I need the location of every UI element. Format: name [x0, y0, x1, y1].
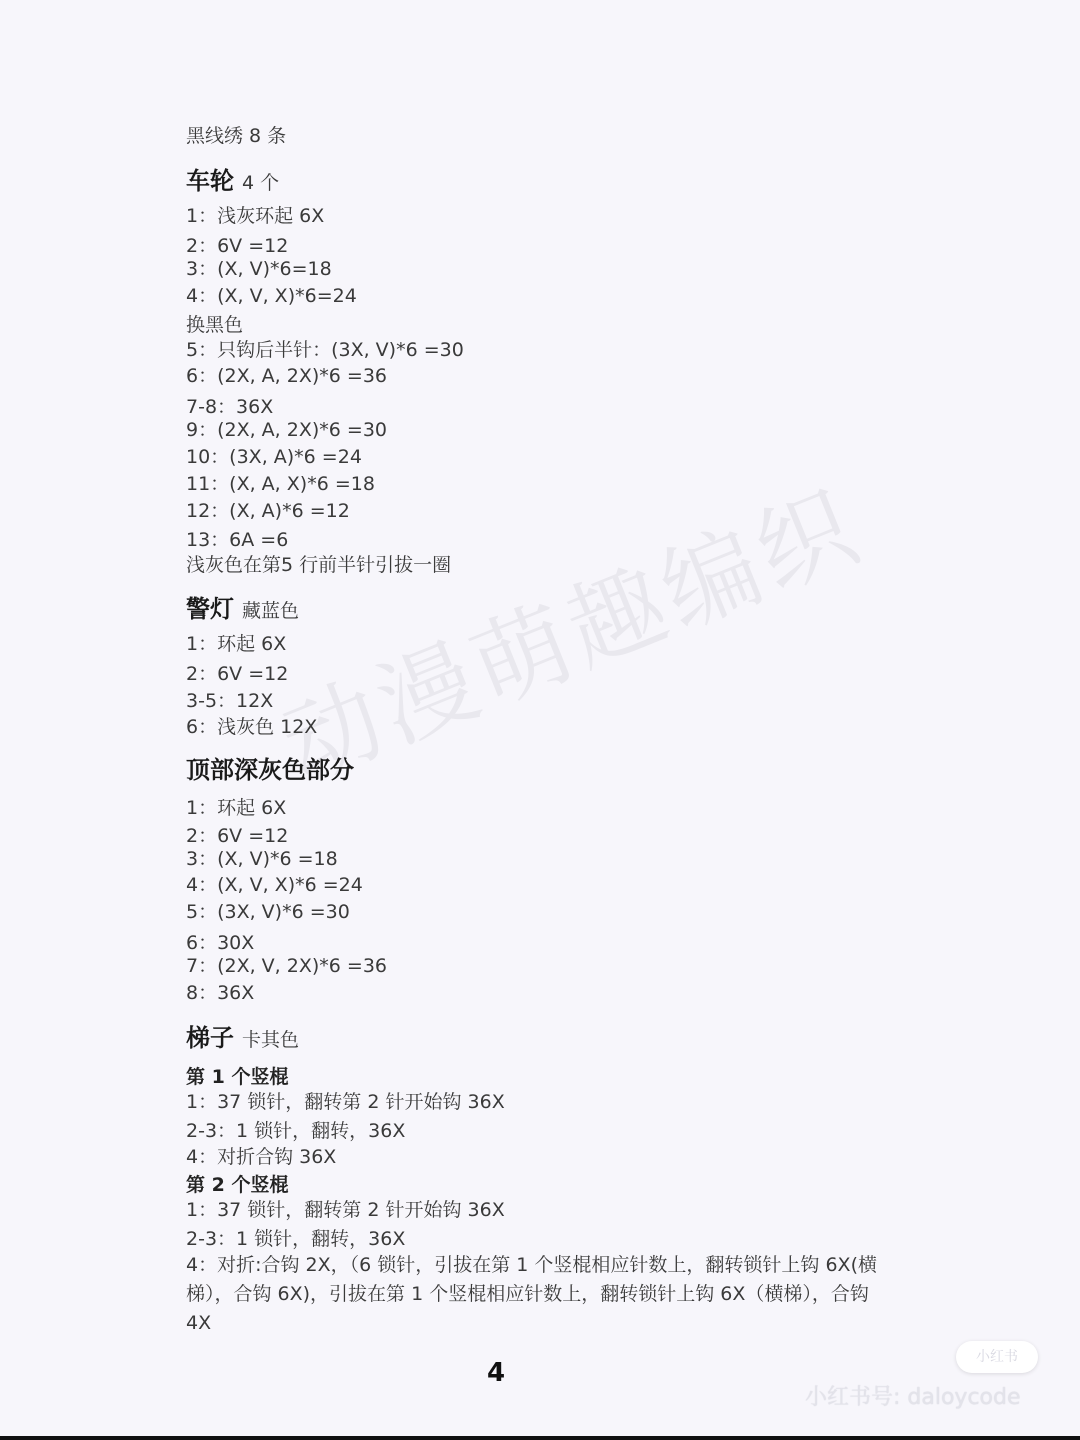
pattern-row: 4：(X, V, X)*6=24: [186, 284, 357, 308]
pattern-note: 浅灰色在第5 行前半针引拔一圈: [186, 553, 451, 577]
pattern-row: 7：(2X, V, 2X)*6 =36: [186, 954, 387, 978]
pattern-row: 12：(X, A)*6 =12: [186, 499, 350, 523]
section-title: 车轮: [186, 167, 234, 195]
section-heading-wheel: 车轮4 个: [186, 166, 279, 199]
pattern-row: 3：(X, V)*6 =18: [186, 847, 338, 871]
section-heading-warning-light: 警灯藏蓝色: [186, 594, 299, 627]
section-heading-top-dark-gray: 顶部深灰色部分: [186, 755, 354, 788]
pattern-row: 13：6A =6: [186, 528, 288, 552]
bottom-edge: [0, 1436, 1080, 1440]
pattern-row: 5：(3X, V)*6 =30: [186, 900, 350, 924]
pattern-row: 2：6V =12: [186, 824, 288, 848]
source-watermark: 小红书号: daloycode: [805, 1380, 1021, 1411]
pattern-row: 1：37 锁针，翻转第 2 针开始钩 36X: [186, 1198, 505, 1222]
pattern-row: 6：浅灰色 12X: [186, 715, 317, 739]
pattern-row: 8：36X: [186, 981, 254, 1005]
pattern-row: 11：(X, A, X)*6 =18: [186, 472, 375, 496]
page-number: 4: [487, 1358, 505, 1388]
platform-badge: 小红书: [956, 1341, 1038, 1373]
watermark-text: 动漫萌趣编织: [260, 451, 879, 807]
pattern-row: 4：对折合钩 36X: [186, 1145, 336, 1169]
pattern-row: 6：30X: [186, 931, 254, 955]
pattern-row: 2-3：1 锁针，翻转，36X: [186, 1119, 405, 1143]
pattern-row: 4：(X, V, X)*6 =24: [186, 873, 363, 897]
pattern-row: 7-8：36X: [186, 395, 273, 419]
pattern-row: 2-3：1 锁针，翻转，36X: [186, 1227, 405, 1251]
pattern-row: 1：37 锁针，翻转第 2 针开始钩 36X: [186, 1090, 505, 1114]
pattern-row: 6：(2X, A, 2X)*6 =36: [186, 364, 387, 388]
pattern-row: 5：只钩后半针：(3X, V)*6 =30: [186, 338, 464, 362]
pattern-row: 3：(X, V)*6=18: [186, 257, 332, 281]
section-title: 警灯: [186, 595, 234, 623]
pattern-row: 2：6V =12: [186, 662, 288, 686]
section-subtitle: 4 个: [242, 172, 279, 194]
section-title: 梯子: [186, 1024, 234, 1052]
section-heading-ladder: 梯子卡其色: [186, 1023, 299, 1056]
pattern-note: 换黑色: [186, 313, 243, 337]
pattern-page: 动漫萌趣编织 黑线绣 8 条 车轮4 个 1：浅灰环起 6X 2：6V =12 …: [0, 0, 1080, 1436]
intro-line: 黑线绣 8 条: [186, 124, 286, 148]
pattern-row: 10：(3X, A)*6 =24: [186, 445, 362, 469]
pattern-row: 1：浅灰环起 6X: [186, 204, 324, 228]
rail-2-label: 第 2 个竖棍: [186, 1173, 288, 1197]
pattern-row: 1：环起 6X: [186, 632, 286, 656]
section-title: 顶部深灰色部分: [186, 756, 354, 784]
pattern-row-multiline: 4：对折:合钩 2X，（6 锁针，引拔在第 1 个竖棍相应针数上，翻转锁针上钩 …: [186, 1251, 896, 1338]
section-subtitle: 卡其色: [242, 1029, 299, 1051]
pattern-row: 9：(2X, A, 2X)*6 =30: [186, 418, 387, 442]
rail-1-label: 第 1 个竖棍: [186, 1065, 288, 1089]
pattern-row: 3-5：12X: [186, 689, 273, 713]
pattern-row: 1：环起 6X: [186, 796, 286, 820]
pattern-row: 2：6V =12: [186, 234, 288, 258]
section-subtitle: 藏蓝色: [242, 600, 299, 622]
